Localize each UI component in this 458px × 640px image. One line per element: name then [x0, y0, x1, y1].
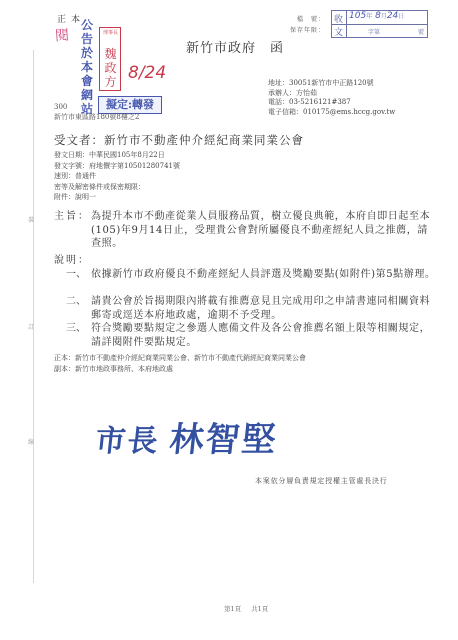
stamp-word-label: 字第: [368, 27, 380, 36]
item-text: 符合獎勵要點規定之參選人應備文件及各公會推薦名額上限等相關規定，請詳閱附件要點規…: [91, 322, 436, 349]
original-recipients: 正本：新竹市不動產仲介經紀商業同業公會、新竹市不動產代銷經紀商業同業公會: [54, 353, 306, 364]
item-number: 二、: [66, 295, 86, 309]
chairman-seal: 理事長 魏政方: [99, 27, 121, 91]
subject-text: 為提升本市不動產從業人員服務品質，樹立優良典範，本府自即日起至本(105)年9月…: [91, 210, 434, 251]
handwritten-read-mark: 閱: [54, 25, 69, 46]
meta-block: 發文日期：中華民國105年8月22日 發文字號：府地價字第10501280741…: [54, 150, 180, 203]
contact-block: 地址：30051新竹市中正路120號 承辦人：方怡茹 電話：03-5216121…: [268, 79, 395, 117]
sender-zip: 300: [54, 103, 67, 111]
explanation-item: 二、 請貴公會於旨揭期限內將載有推薦意見且完成用印之申請書連同相關資料郵寄或逕送…: [66, 295, 436, 322]
item-number: 一、: [66, 268, 86, 282]
total-pages: 共1頁: [251, 605, 268, 613]
binding-label-zhuang: 裝: [28, 215, 34, 224]
item-text: 請貴公會於旨揭期限內將載有推薦意見且完成用印之申請書連同相關資料郵寄或逕送本府地…: [91, 295, 436, 322]
notice-vertical-annotation: 公告於本會網站: [80, 18, 94, 116]
explanation-item: 一、 依據新竹市政府優良不動產經紀人員評選及獎勵要點(如附件)第5點辦理。: [66, 268, 436, 282]
contact-email: 電子信箱：010175@ems.hccg.gov.tw: [268, 108, 395, 118]
page-number: 第1頁共1頁: [224, 604, 268, 613]
attachment: 附件：說明一: [54, 192, 180, 203]
handwritten-date: 8/24: [128, 63, 166, 83]
binding-label-xian: 線: [28, 437, 34, 446]
contact-phone: 電話：03-5216121#387: [268, 98, 395, 108]
item-number: 三、: [66, 322, 86, 336]
contact-handler: 承辦人：方怡茹: [268, 89, 395, 99]
doc-kind: 函: [270, 41, 284, 56]
stamp-doc-char: 文: [334, 25, 343, 38]
cc-recipients: 副本：新竹市地政事務所、本府地政處: [54, 364, 306, 375]
chairman-seal-title: 理事長: [101, 30, 120, 36]
explanation-item: 三、 符合獎勵要點規定之參選人應備文件及各公會推薦名額上限等相關規定，請詳閱附件…: [66, 322, 436, 349]
mayor-signature: 市長林智堅: [93, 412, 280, 461]
item-text: 依據新竹市政府優良不動產經紀人員評選及獎勵要點(如附件)第5點辦理。: [91, 268, 436, 282]
file-no-label: 檔 號：: [290, 14, 325, 25]
retention-label: 保存年限：: [290, 25, 325, 36]
delegation-note: 本案依分層負責規定授權主管處長決行: [255, 476, 388, 486]
agency-name: 新竹市政府: [186, 41, 256, 56]
issue-date: 發文日期：中華民國105年8月22日: [54, 150, 180, 161]
signature-title: 市長: [94, 424, 162, 459]
distribution: 正本：新竹市不動產仲介經紀商業同業公會、新竹市不動產代銷經紀商業同業公會 副本：…: [54, 353, 306, 374]
secrecy: 密等及解密條件或保密期限：: [54, 182, 180, 193]
received-stamp: 收 文 105年 8月24日 字第 號: [331, 10, 428, 38]
explanation-label: 說明：: [54, 254, 434, 268]
stamp-receive-char: 收: [334, 12, 343, 25]
binding-line: [33, 50, 34, 583]
subject-label: 主旨：: [54, 210, 90, 224]
page-title: 新竹市政府函: [186, 37, 284, 56]
archive-labels: 檔 號： 保存年限：: [290, 14, 325, 36]
recipient: 受文者：新竹市不動產仲介經紀商業同業公會: [54, 132, 304, 148]
binding-label-ding: 訂: [28, 322, 34, 331]
stamp-date: 105年 8月24日: [349, 11, 404, 21]
doc-number: 發文字號：府地價字第10501280741號: [54, 161, 180, 172]
contact-address: 地址：30051新竹市中正路120號: [268, 79, 395, 89]
current-page: 第1頁: [224, 605, 241, 613]
speed: 速別：普通件: [54, 171, 180, 182]
sender-address: 新竹市東區路180號8樓之2: [54, 112, 139, 122]
signature-name: 林智堅: [168, 420, 280, 460]
subject-section: 主旨： 為提升本市不動產從業人員服務品質，樹立優良典範，本府自即日起至本(105…: [54, 210, 434, 251]
chairman-seal-name: 魏政方: [100, 47, 121, 89]
stamp-number-label: 號: [418, 27, 424, 36]
